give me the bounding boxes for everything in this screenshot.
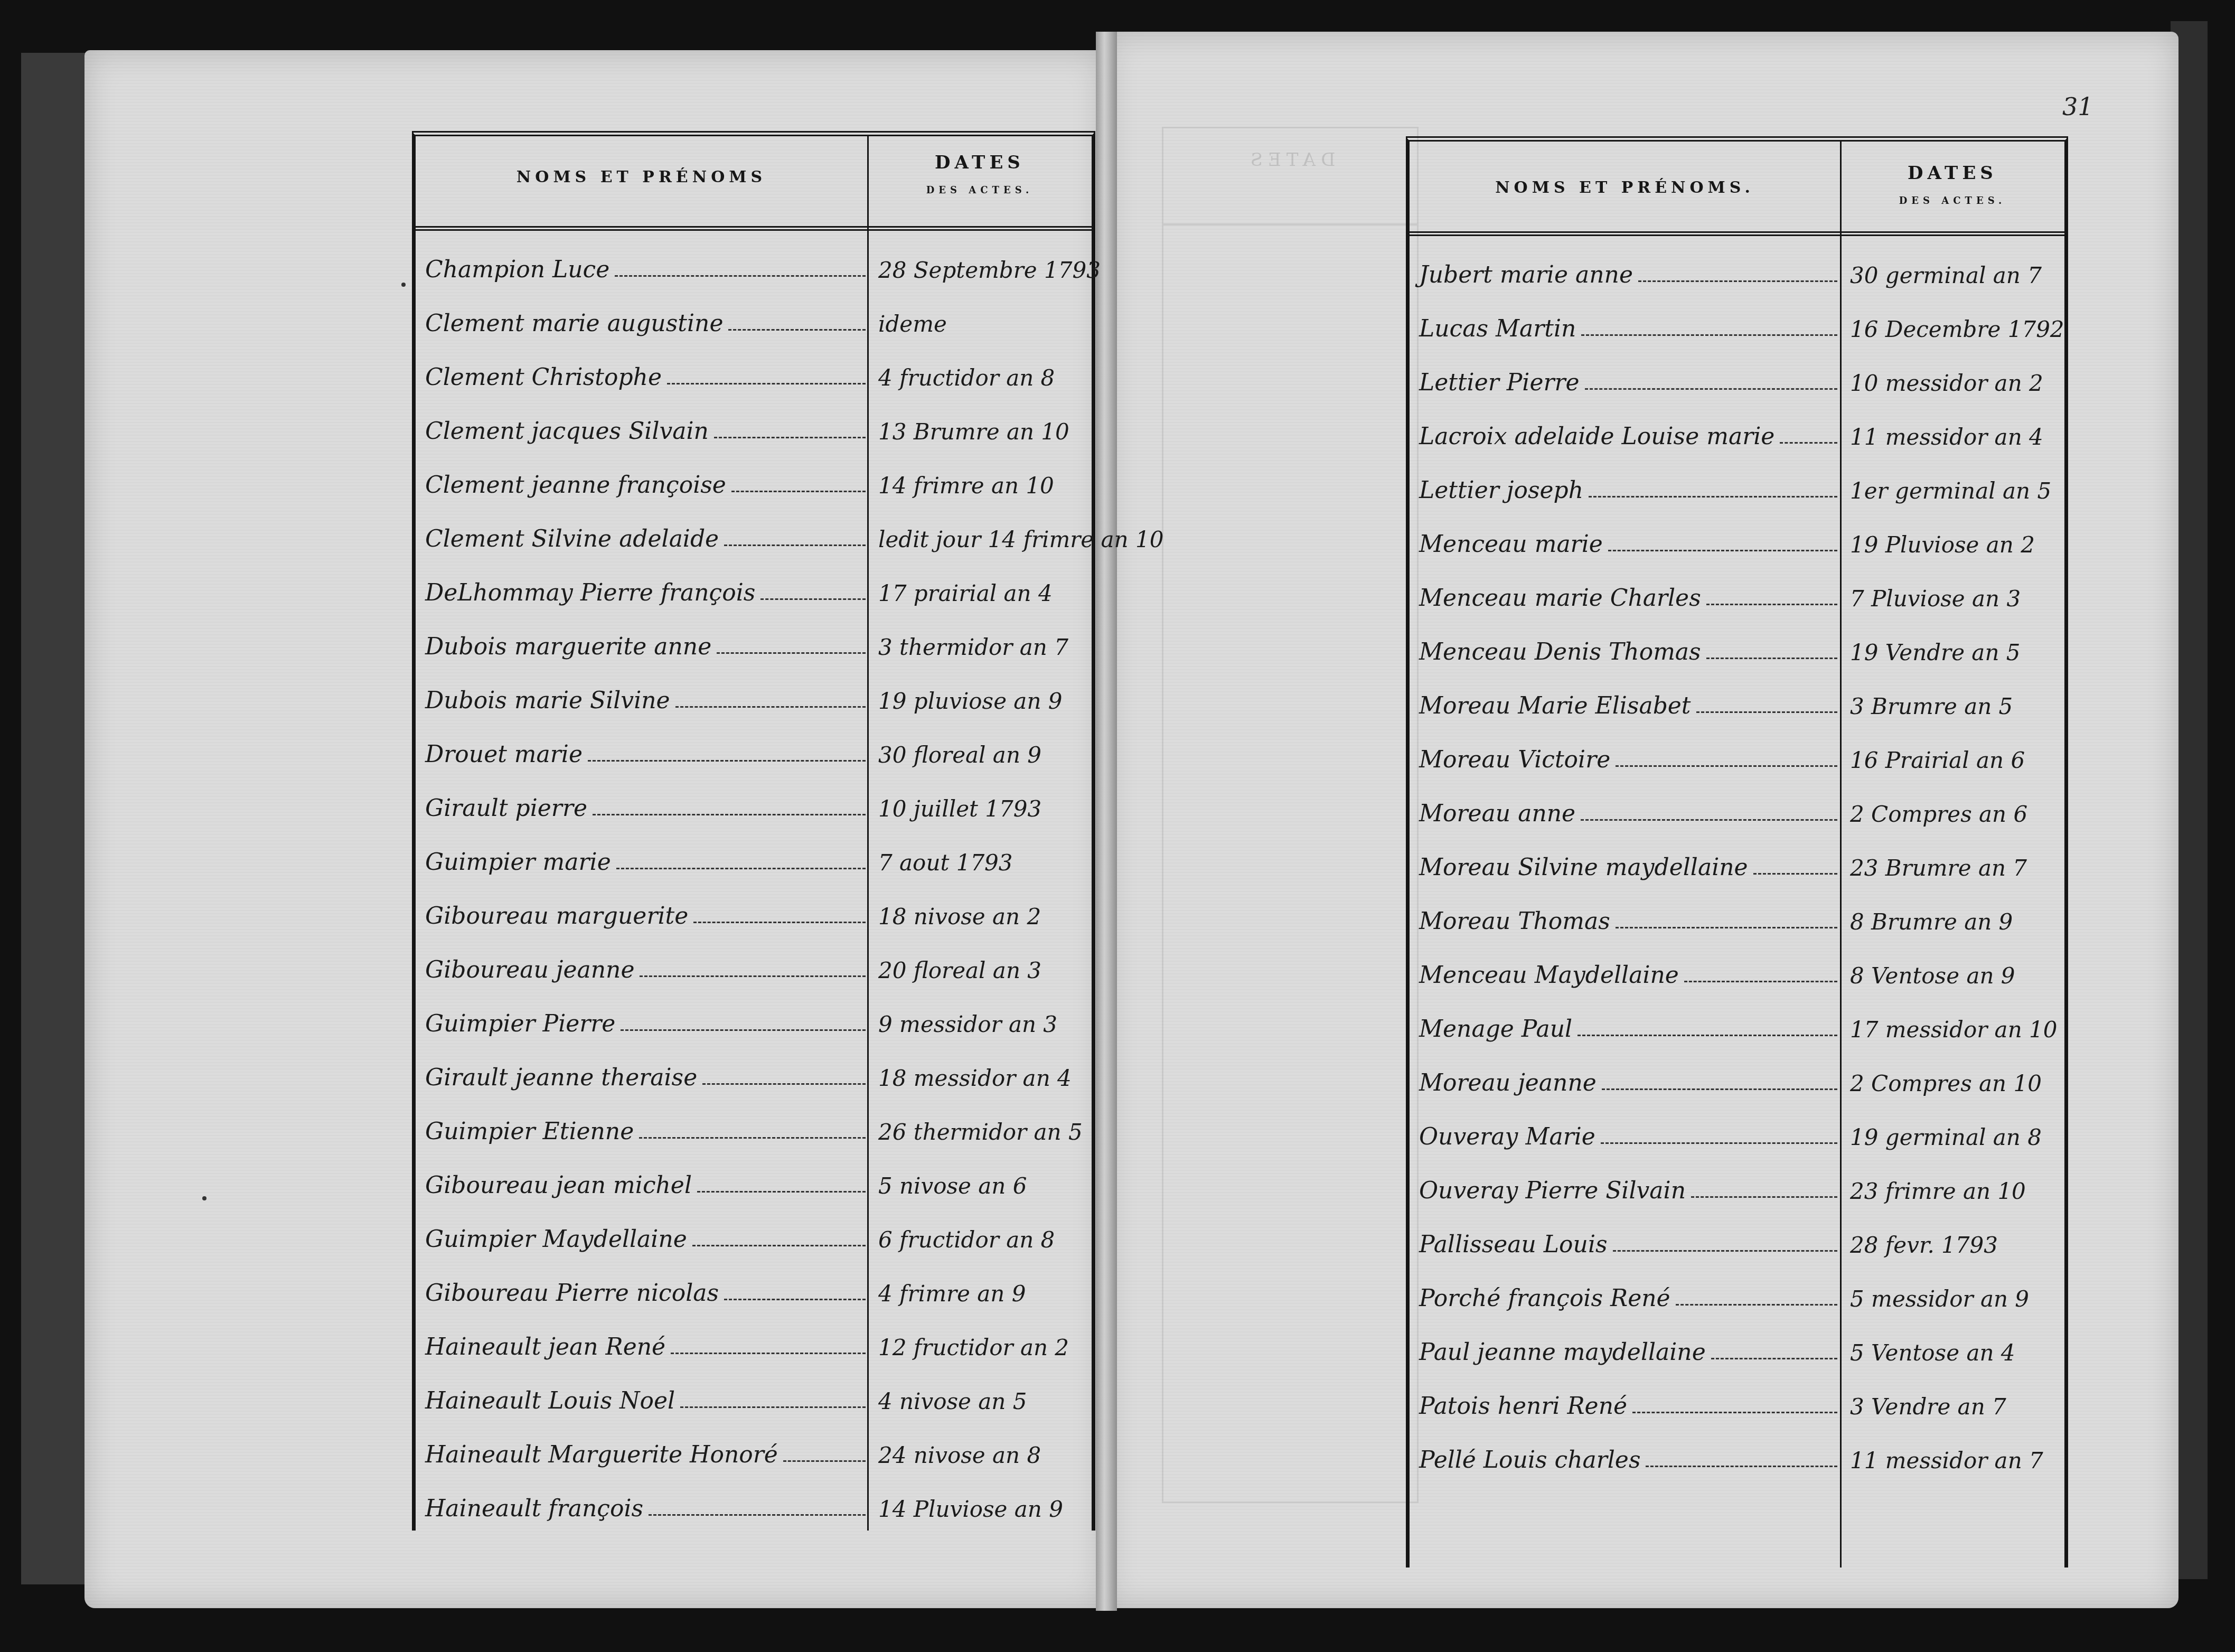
entry-date: 2 Compres an 6	[1843, 801, 2064, 834]
dotted-leader	[1616, 927, 1837, 928]
name-cell: Guimpier Pierre	[416, 1010, 871, 1045]
register-entry: Lucas Martin 16 Decembre 1792	[1410, 296, 2064, 350]
name-cell: Giboureau marguerite	[416, 903, 871, 937]
entry-name: Giboureau Pierre nicolas	[416, 1280, 719, 1314]
entry-date: 23 Brumre an 7	[1843, 855, 2064, 888]
dotted-leader	[1581, 334, 1837, 336]
entry-name: Champion Luce	[416, 256, 609, 290]
right-register-table: NOMS ET PRÉNOMS. DATES DES ACTES. Jubert…	[1406, 136, 2068, 1567]
entry-date: ideme	[871, 311, 1092, 344]
book-cover-left-edge	[21, 53, 95, 1584]
dotted-leader	[717, 652, 866, 654]
name-cell: Lucas Martin	[1410, 315, 1843, 350]
entry-name: Dubois marguerite anne	[416, 633, 711, 668]
entry-date: 8 Ventose an 9	[1843, 963, 2064, 996]
name-cell: Haineault Louis Noel	[416, 1387, 871, 1422]
bleed-through-table: DATES	[1162, 127, 1419, 1503]
name-cell: Menceau Maydellaine	[1410, 962, 1843, 996]
dotted-leader	[692, 1245, 866, 1246]
dotted-leader	[724, 1299, 866, 1300]
header-dates-title: DATES	[869, 152, 1091, 173]
name-cell: Lacroix adelaide Louise marie	[1410, 423, 1843, 457]
entry-date: 14 frimre an 10	[871, 473, 1092, 506]
name-cell: Moreau Marie Elisabet	[1410, 692, 1843, 727]
dotted-leader	[783, 1460, 866, 1462]
name-cell: Clement Silvine adelaide	[416, 525, 871, 560]
register-entry: Paul jeanne maydellaine 5 Ventose an 4	[1410, 1319, 2064, 1373]
register-entry: Lettier Pierre 10 messidor an 2	[1410, 350, 2064, 403]
entry-date: 16 Prairial an 6	[1843, 747, 2064, 781]
register-entry: Lettier joseph 1er germinal an 5	[1410, 457, 2064, 511]
dotted-leader	[1577, 1035, 1837, 1036]
entry-name: Moreau Thomas	[1410, 908, 1610, 942]
dotted-leader	[724, 545, 866, 546]
register-entry: Moreau Victoire 16 Prairial an 6	[1410, 727, 2064, 781]
dotted-leader	[693, 922, 866, 923]
register-entry: Guimpier Maydellaine 6 fructidor an 8	[416, 1206, 1092, 1260]
dotted-leader	[1711, 1358, 1837, 1359]
entry-name: Haineault françois	[416, 1495, 643, 1529]
name-cell: Lettier joseph	[1410, 477, 1843, 511]
register-entry: Menceau Denis Thomas 19 Vendre an 5	[1410, 619, 2064, 673]
dotted-leader	[1684, 981, 1837, 982]
register-entry: Lacroix adelaide Louise marie 11 messido…	[1410, 403, 2064, 457]
entry-list: Champion Luce 28 Septembre 1793 Clement …	[416, 237, 1092, 1529]
entry-name: Clement Silvine adelaide	[416, 525, 719, 560]
register-entry: Pallisseau Louis 28 fevr. 1793	[1410, 1212, 2064, 1265]
margin-mark	[202, 1196, 206, 1200]
entry-name: Lettier Pierre	[1410, 369, 1580, 403]
register-entry: Dubois marie Silvine 19 pluviose an 9	[416, 668, 1092, 721]
entry-name: Clement jacques Silvain	[416, 418, 709, 452]
table-header: NOMS ET PRÉNOMS DATES DES ACTES.	[416, 136, 1092, 231]
entry-name: Lacroix adelaide Louise marie	[1410, 423, 1774, 457]
header-dates-subtitle: DES ACTES.	[1842, 195, 2063, 207]
name-cell: Menage Paul	[1410, 1016, 1843, 1050]
register-entry: Clement Silvine adelaide ledit jour 14 f…	[416, 506, 1092, 560]
entry-name: Drouet marie	[416, 741, 583, 775]
name-cell: Moreau Victoire	[1410, 746, 1843, 781]
register-entry: Jubert marie anne 30 germinal an 7	[1410, 242, 2064, 296]
entry-name: Haineault Marguerite Honoré	[416, 1441, 778, 1476]
entry-date: 28 Septembre 1793	[871, 257, 1092, 290]
register-entry: Menceau marie Charles 7 Pluviose an 3	[1410, 565, 2064, 619]
header-names: NOMS ET PRÉNOMS	[416, 168, 867, 186]
entry-date: 7 Pluviose an 3	[1843, 586, 2064, 619]
register-entry: Porché françois René 5 messidor an 9	[1410, 1265, 2064, 1319]
register-entry: Ouveray Marie 19 germinal an 8	[1410, 1104, 2064, 1158]
dotted-leader	[1616, 765, 1837, 767]
name-cell: Patois henri René	[1410, 1393, 1843, 1427]
entry-name: Menage Paul	[1410, 1016, 1572, 1050]
entry-name: Guimpier marie	[416, 849, 611, 883]
entry-date: 12 fructidor an 2	[871, 1335, 1092, 1368]
name-cell: Drouet marie	[416, 741, 871, 775]
entry-date: 18 messidor an 4	[871, 1065, 1092, 1099]
entry-name: Clement Christophe	[416, 364, 662, 398]
entry-name: Haineault jean René	[416, 1334, 665, 1368]
name-cell: Lettier Pierre	[1410, 369, 1843, 403]
entry-date: 13 Brumre an 10	[871, 419, 1092, 452]
dotted-leader	[639, 1137, 866, 1139]
dotted-leader	[1608, 550, 1837, 551]
entry-name: DeLhommay Pierre françois	[416, 579, 755, 614]
entry-name: Menceau marie Charles	[1410, 585, 1701, 619]
dotted-leader	[731, 491, 866, 492]
dotted-leader	[588, 760, 866, 762]
name-cell: Giboureau jean michel	[416, 1172, 871, 1206]
entry-name: Haineault Louis Noel	[416, 1387, 675, 1422]
entry-name: Moreau Silvine maydellaine	[1410, 854, 1748, 888]
name-cell: Dubois marie Silvine	[416, 687, 871, 721]
header-names: NOMS ET PRÉNOMS.	[1410, 179, 1840, 197]
register-entry: Drouet marie 30 floreal an 9	[416, 721, 1092, 775]
name-cell: Paul jeanne maydellaine	[1410, 1339, 1843, 1373]
entry-date: 16 Decembre 1792	[1843, 316, 2064, 350]
entry-name: Menceau Denis Thomas	[1410, 639, 1701, 673]
name-cell: Moreau anne	[1410, 800, 1843, 834]
header-dates-subtitle: DES ACTES.	[869, 185, 1091, 196]
entry-name: Lucas Martin	[1410, 315, 1576, 350]
name-cell: Menceau marie Charles	[1410, 585, 1843, 619]
page-number: 31	[2062, 92, 2093, 121]
dotted-leader	[1780, 442, 1837, 444]
entry-date: 5 nivose an 6	[871, 1173, 1092, 1206]
dotted-leader	[714, 437, 866, 438]
name-cell: DeLhommay Pierre françois	[416, 579, 871, 614]
name-cell: Clement Christophe	[416, 364, 871, 398]
dotted-leader	[667, 383, 866, 384]
name-cell: Giboureau jeanne	[416, 956, 871, 991]
entry-date: 30 germinal an 7	[1843, 262, 2064, 296]
entry-name: Guimpier Pierre	[416, 1010, 615, 1045]
entry-name: Moreau Marie Elisabet	[1410, 692, 1691, 727]
dotted-leader	[1646, 1466, 1837, 1467]
entry-date: 10 messidor an 2	[1843, 370, 2064, 403]
dotted-leader	[1581, 819, 1837, 821]
register-entry: Moreau anne 2 Compres an 6	[1410, 781, 2064, 834]
name-cell: Moreau Silvine maydellaine	[1410, 854, 1843, 888]
entry-date: 3 Vendre an 7	[1843, 1394, 2064, 1427]
entry-date: 24 nivose an 8	[871, 1442, 1092, 1476]
register-entry: Guimpier Etienne 26 thermidor an 5	[416, 1099, 1092, 1152]
dotted-leader	[1706, 658, 1837, 659]
name-cell: Girault jeanne theraise	[416, 1064, 871, 1099]
register-entry: Clement jacques Silvain 13 Brumre an 10	[416, 398, 1092, 452]
entry-date: 28 fevr. 1793	[1843, 1232, 2064, 1265]
name-cell: Pellé Louis charles	[1410, 1447, 1843, 1481]
entry-date: 5 Ventose an 4	[1843, 1340, 2064, 1373]
entry-date: 19 germinal an 8	[1843, 1124, 2064, 1158]
name-cell: Clement jacques Silvain	[416, 418, 871, 452]
name-cell: Menceau marie	[1410, 531, 1843, 565]
dotted-leader	[1602, 1088, 1837, 1090]
register-entry: Guimpier Pierre 9 messidor an 3	[416, 991, 1092, 1045]
entry-name: Moreau Victoire	[1410, 746, 1610, 781]
name-cell: Dubois marguerite anne	[416, 633, 871, 668]
entry-date: 9 messidor an 3	[871, 1011, 1092, 1045]
dotted-leader	[649, 1514, 866, 1516]
entry-date: 6 fructidor an 8	[871, 1227, 1092, 1260]
entry-name: Patois henri René	[1410, 1393, 1627, 1427]
dotted-leader	[680, 1406, 866, 1408]
dotted-leader	[1753, 873, 1837, 875]
entry-name: Girault pierre	[416, 795, 587, 829]
name-cell: Haineault jean René	[416, 1334, 871, 1368]
entry-name: Clement marie augustine	[416, 310, 723, 344]
dotted-leader	[616, 868, 866, 869]
entry-date: 18 nivose an 2	[871, 904, 1092, 937]
entry-date: 17 messidor an 10	[1843, 1017, 2064, 1050]
dotted-leader	[728, 329, 866, 331]
entry-name: Clement jeanne françoise	[416, 472, 726, 506]
left-register-table: NOMS ET PRÉNOMS DATES DES ACTES. Champio…	[412, 131, 1095, 1531]
name-cell: Menceau Denis Thomas	[1410, 639, 1843, 673]
name-cell: Guimpier Maydellaine	[416, 1226, 871, 1260]
entry-date: 8 Brumre an 9	[1843, 909, 2064, 942]
register-entry: Menceau Maydellaine 8 Ventose an 9	[1410, 942, 2064, 996]
dotted-leader	[1696, 711, 1837, 713]
dotted-leader	[671, 1353, 866, 1354]
name-cell: Clement jeanne françoise	[416, 472, 871, 506]
name-cell: Girault pierre	[416, 795, 871, 829]
name-cell: Haineault françois	[416, 1495, 871, 1529]
dotted-leader	[1706, 604, 1837, 605]
name-cell: Ouveray Marie	[1410, 1123, 1843, 1158]
entry-date: 3 Brumre an 5	[1843, 693, 2064, 727]
entry-name: Lettier joseph	[1410, 477, 1583, 511]
name-cell: Champion Luce	[416, 256, 871, 290]
entry-name: Pallisseau Louis	[1410, 1231, 1608, 1265]
entry-name: Menceau Maydellaine	[1410, 962, 1679, 996]
dotted-leader	[702, 1083, 866, 1085]
dotted-leader	[1585, 388, 1837, 390]
register-entry: Haineault françois 14 Pluviose an 9	[416, 1476, 1092, 1529]
dotted-leader	[1601, 1142, 1837, 1144]
entry-name: Paul jeanne maydellaine	[1410, 1339, 1706, 1373]
entry-date: 3 thermidor an 7	[871, 634, 1092, 668]
register-entry: Ouveray Pierre Silvain 23 frimre an 10	[1410, 1158, 2064, 1212]
dotted-leader	[697, 1191, 866, 1193]
entry-date: 30 floreal an 9	[871, 742, 1092, 775]
margin-mark	[401, 283, 406, 287]
dotted-leader	[675, 706, 866, 708]
dotted-leader	[1589, 496, 1837, 498]
name-cell: Giboureau Pierre nicolas	[416, 1280, 871, 1314]
register-entry: Haineault Louis Noel 4 nivose an 5	[416, 1368, 1092, 1422]
entry-name: Moreau anne	[1410, 800, 1575, 834]
entry-date: 26 thermidor an 5	[871, 1119, 1092, 1152]
name-cell: Ouveray Pierre Silvain	[1410, 1177, 1843, 1212]
table-header: NOMS ET PRÉNOMS. DATES DES ACTES.	[1410, 142, 2064, 236]
register-entry: Moreau jeanne 2 Compres an 10	[1410, 1050, 2064, 1104]
entry-date: 4 fructidor an 8	[871, 365, 1092, 398]
register-entry: Guimpier marie 7 aout 1793	[416, 829, 1092, 883]
entry-name: Menceau marie	[1410, 531, 1603, 565]
entry-date: 17 prairial an 4	[871, 580, 1092, 614]
entry-date: 7 aout 1793	[871, 850, 1092, 883]
entry-name: Moreau jeanne	[1410, 1069, 1597, 1104]
dotted-leader	[593, 814, 866, 815]
register-entry: Champion Luce 28 Septembre 1793	[416, 237, 1092, 290]
entry-date: 23 frimre an 10	[1843, 1178, 2064, 1212]
entry-date: 19 Pluviose an 2	[1843, 532, 2064, 565]
entry-date: 19 Vendre an 5	[1843, 640, 2064, 673]
entry-date: 20 floreal an 3	[871, 958, 1092, 991]
entry-date: 11 messidor an 4	[1843, 424, 2064, 457]
entry-name: Ouveray Marie	[1410, 1123, 1595, 1158]
entry-date: 2 Compres an 10	[1843, 1071, 2064, 1104]
register-entry: Menage Paul 17 messidor an 10	[1410, 996, 2064, 1050]
entry-name: Porché françois René	[1410, 1285, 1670, 1319]
name-cell: Guimpier marie	[416, 849, 871, 883]
register-entry: Haineault Marguerite Honoré 24 nivose an…	[416, 1422, 1092, 1476]
name-cell: Pallisseau Louis	[1410, 1231, 1843, 1265]
entry-name: Ouveray Pierre Silvain	[1410, 1177, 1686, 1212]
register-entry: Moreau Marie Elisabet 3 Brumre an 5	[1410, 673, 2064, 727]
entry-name: Giboureau jeanne	[416, 956, 634, 991]
register-entry: Dubois marguerite anne 3 thermidor an 7	[416, 614, 1092, 668]
dotted-leader	[615, 275, 866, 277]
entry-name: Giboureau jean michel	[416, 1172, 692, 1206]
register-entry: Pellé Louis charles 11 messidor an 7	[1410, 1427, 2064, 1481]
register-entry: Giboureau Pierre nicolas 4 frimre an 9	[416, 1260, 1092, 1314]
entry-date: 1er germinal an 5	[1843, 478, 2064, 511]
register-entry: Giboureau jeanne 20 floreal an 3	[416, 937, 1092, 991]
entry-name: Giboureau marguerite	[416, 903, 688, 937]
entry-date: 11 messidor an 7	[1843, 1448, 2064, 1481]
header-dates-title: DATES	[1842, 163, 2063, 184]
entry-date: 5 messidor an 9	[1843, 1286, 2064, 1319]
register-entry: Moreau Thomas 8 Brumre an 9	[1410, 888, 2064, 942]
register-entry: Girault pierre 10 juillet 1793	[416, 775, 1092, 829]
entry-date: ledit jour 14 frimre an 10	[871, 527, 1092, 560]
register-entry: DeLhommay Pierre françois 17 prairial an…	[416, 560, 1092, 614]
name-cell: Moreau Thomas	[1410, 908, 1843, 942]
register-entry: Giboureau jean michel 5 nivose an 6	[416, 1152, 1092, 1206]
dotted-leader	[621, 1029, 866, 1031]
entry-name: Guimpier Etienne	[416, 1118, 634, 1152]
register-entry: Clement Christophe 4 fructidor an 8	[416, 344, 1092, 398]
dotted-leader	[1638, 280, 1837, 282]
header-dates: DATES DES ACTES.	[869, 152, 1091, 196]
entry-name: Pellé Louis charles	[1410, 1447, 1640, 1481]
dotted-leader	[640, 975, 866, 977]
dotted-leader	[1632, 1412, 1837, 1413]
entry-date: 10 juillet 1793	[871, 796, 1092, 829]
entry-name: Jubert marie anne	[1410, 261, 1633, 296]
entry-date: 14 Pluviose an 9	[871, 1496, 1092, 1529]
bleed-through-header: DATES	[1163, 128, 1417, 226]
entry-date: 4 nivose an 5	[871, 1388, 1092, 1422]
dotted-leader	[1691, 1196, 1837, 1198]
name-cell: Clement marie augustine	[416, 310, 871, 344]
entry-name: Girault jeanne theraise	[416, 1064, 697, 1099]
name-cell: Porché françois René	[1410, 1285, 1843, 1319]
entry-name: Guimpier Maydellaine	[416, 1226, 687, 1260]
name-cell: Haineault Marguerite Honoré	[416, 1441, 871, 1476]
register-entry: Girault jeanne theraise 18 messidor an 4	[416, 1045, 1092, 1099]
entry-date: 19 pluviose an 9	[871, 688, 1092, 721]
name-cell: Guimpier Etienne	[416, 1118, 871, 1152]
header-dates: DATES DES ACTES.	[1842, 163, 2063, 207]
entry-date: 4 frimre an 9	[871, 1281, 1092, 1314]
entry-list: Jubert marie anne 30 germinal an 7 Lucas…	[1410, 242, 2064, 1481]
register-entry: Clement marie augustine ideme	[416, 290, 1092, 344]
entry-name: Dubois marie Silvine	[416, 687, 670, 721]
register-entry: Moreau Silvine maydellaine 23 Brumre an …	[1410, 834, 2064, 888]
register-entry: Clement jeanne françoise 14 frimre an 10	[416, 452, 1092, 506]
register-entry: Menceau marie 19 Pluviose an 2	[1410, 511, 2064, 565]
dotted-leader	[1676, 1304, 1837, 1306]
register-entry: Patois henri René 3 Vendre an 7	[1410, 1373, 2064, 1427]
dotted-leader	[760, 598, 866, 600]
register-entry: Haineault jean René 12 fructidor an 2	[416, 1314, 1092, 1368]
name-cell: Jubert marie anne	[1410, 261, 1843, 296]
dotted-leader	[1613, 1250, 1837, 1252]
register-entry: Giboureau marguerite 18 nivose an 2	[416, 883, 1092, 937]
name-cell: Moreau jeanne	[1410, 1069, 1843, 1104]
